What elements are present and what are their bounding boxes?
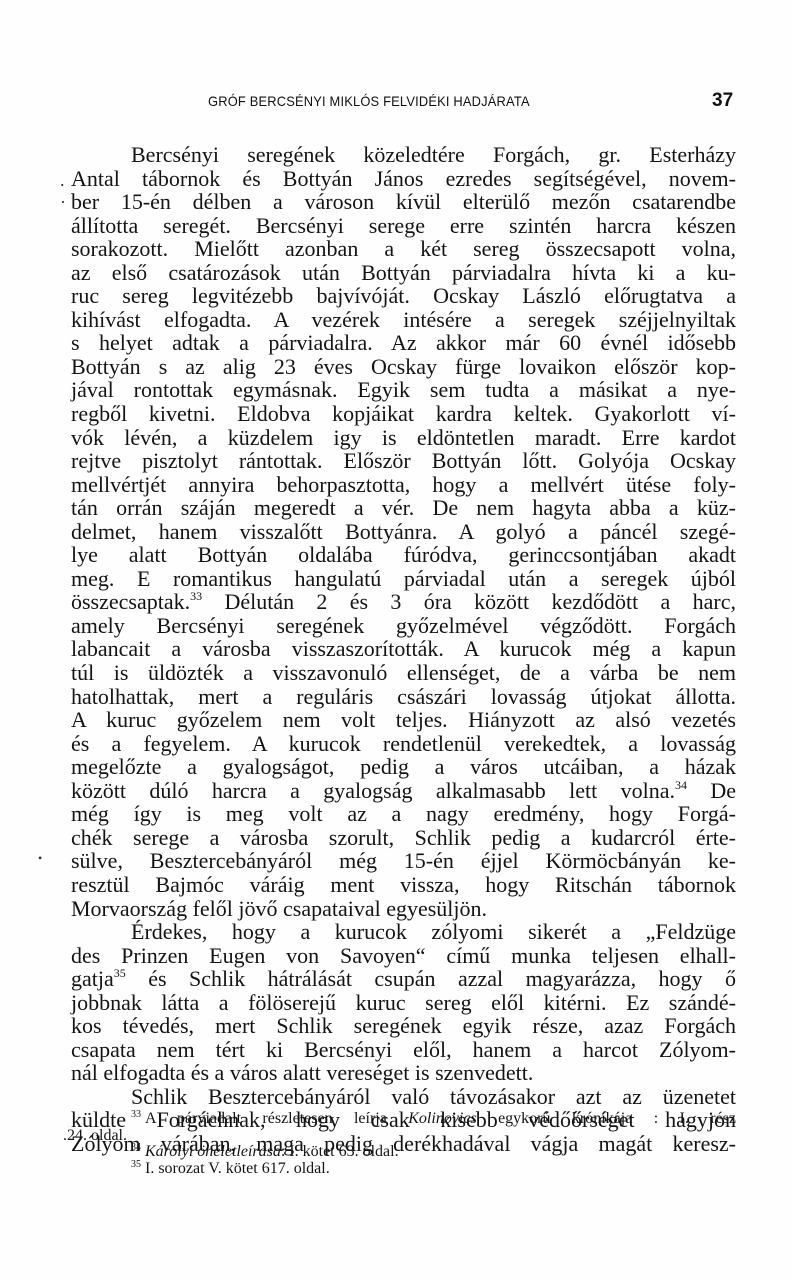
text-line: des Prinzen Eugen von Savoyen“ című munk… bbox=[71, 944, 736, 968]
text-line: hatolhattak, mert a reguláris császári l… bbox=[71, 685, 736, 709]
text-line: A kuruc győzelem nem volt teljes. Hiányz… bbox=[71, 708, 736, 732]
line-text: és Schlik hátrálását csupán azzal magyar… bbox=[126, 966, 736, 991]
footnote-ref-33[interactable]: 33 bbox=[190, 589, 202, 603]
book-page: GRÓF BERCSÉNYI MIKLÓS FELVIDÉKI HADJÁRAT… bbox=[0, 0, 791, 1281]
text-line: Antal tábornok és Bottyán János ezredes … bbox=[71, 167, 736, 191]
text-line: rejtve pisztolyt rántottak. Először Bott… bbox=[71, 449, 736, 473]
text-line: kihívást elfogadta. A vezérek intésére a… bbox=[71, 308, 736, 332]
text-line: meg. E romantikus hangulatú párviadal ut… bbox=[71, 567, 736, 591]
text-line: jobbnak látta a fölöserejű kuruc sereg e… bbox=[71, 991, 736, 1015]
text-line: nál elfogadta és a város alatt vereséget… bbox=[71, 1061, 736, 1085]
text-line: kos tévedés, mert Schlik seregének egyik… bbox=[71, 1014, 736, 1038]
text-line: chék serege a városba szorult, Schlik pe… bbox=[71, 826, 736, 850]
margin-dot-mark: • bbox=[38, 851, 42, 866]
text-line: s helyet adtak a párviadalra. Az akkor m… bbox=[71, 331, 736, 355]
running-title: GRÓF BERCSÉNYI MIKLÓS FELVIDÉKI HADJÁRAT… bbox=[208, 93, 530, 109]
text-line: megelőzte a gyalogságot, pedig a város u… bbox=[71, 755, 736, 779]
line-text: De bbox=[687, 778, 736, 803]
text-line: mellvértjét annyira behorpasztotta, hogy… bbox=[71, 473, 736, 497]
page-number: 37 bbox=[712, 90, 733, 112]
margin-dot-mark: . bbox=[60, 170, 65, 191]
text-line: Bercsényi seregének közeledtére Forgách,… bbox=[71, 143, 736, 167]
footnote-number: 33 bbox=[131, 1109, 141, 1120]
line-text: Délután 2 és 3 óra között kezdődött a ha… bbox=[202, 589, 736, 614]
footnote-34: 34Károlyi önéletleírása: I. kötet 63. ol… bbox=[71, 1144, 736, 1161]
text-line: és a fegyelem. A kurucok rendetlenül ver… bbox=[71, 732, 736, 756]
line-text: között dúló harcra a gyalogság alkalmasa… bbox=[71, 778, 675, 803]
footnote-text: egykorú krónikája : I. rész bbox=[477, 1110, 736, 1127]
text-line: Érdekes, hogy a kurucok zólyomi sikerét … bbox=[71, 920, 736, 944]
text-line: delmet, hanem visszalőtt Bottyánra. A go… bbox=[71, 520, 736, 544]
text-line: gatja35 és Schlik hátrálását csupán azza… bbox=[71, 967, 736, 991]
text-line: az első csatározások után Bottyán párvia… bbox=[71, 261, 736, 285]
text-line: sülve, Besztercebányáról még 15-én éjjel… bbox=[71, 849, 736, 873]
text-line: összecsaptak.33 Délután 2 és 3 óra közöt… bbox=[71, 590, 736, 614]
text-line: vók lévén, a küzdelem igy is eldöntetlen… bbox=[71, 426, 736, 450]
text-line: között dúló harcra a gyalogság alkalmasa… bbox=[71, 779, 736, 803]
text-line: amely Bercsényi seregének győzelmével vé… bbox=[71, 614, 736, 638]
text-line: resztül Bajmóc váráig ment vissza, hogy … bbox=[71, 873, 736, 897]
text-line: ber 15-én délben a városon kívül elterül… bbox=[71, 190, 736, 214]
footnote-text: A párviadalt részletesen leírja bbox=[145, 1110, 408, 1127]
text-line: Bottyán s az alig 23 éves Ocskay fürge l… bbox=[71, 355, 736, 379]
footnote-33: 33A párviadalt részletesen leírja Kolino… bbox=[71, 1111, 736, 1128]
text-line: állította seregét. Bercsényi serege erre… bbox=[71, 214, 736, 238]
text-line: csapata nem tért ki Bercsényi elől, hane… bbox=[71, 1038, 736, 1062]
footnote-number: 34 bbox=[131, 1142, 141, 1153]
text-line: Morvaország felől jövő csapataival egyes… bbox=[71, 897, 736, 921]
text-line: Schlik Besztercebányáról való távozásako… bbox=[71, 1085, 736, 1109]
footnote-35: 35I. sorozat V. kötet 617. oldal. bbox=[71, 1161, 736, 1178]
body-text: Bercsényi seregének közeledtére Forgách,… bbox=[71, 143, 736, 1156]
footnote-italic-title: Kolinovics bbox=[408, 1110, 476, 1127]
footnote-ref-34[interactable]: 34 bbox=[675, 778, 687, 792]
margin-dot-mark: · bbox=[60, 192, 66, 213]
text-line: sorakozott. Mielőtt azonban a két sereg … bbox=[71, 237, 736, 261]
footnote-italic-title: Károlyi önéletleírása bbox=[145, 1143, 281, 1160]
text-line: ruc sereg legvitézebb bajvívóját. Ocskay… bbox=[71, 284, 736, 308]
text-line: jával rontottak egymásnak. Egyik sem tud… bbox=[71, 378, 736, 402]
text-line: még így is meg volt az a nagy eredmény, … bbox=[71, 802, 736, 826]
text-line: tán orrán száján megeredt a vér. De nem … bbox=[71, 496, 736, 520]
text-line: túl is üldözték a visszavonuló ellensége… bbox=[71, 661, 736, 685]
text-line: regből kivetni. Eldobva kopjáikat kardra… bbox=[71, 402, 736, 426]
text-line: labancait a városba visszaszorították. A… bbox=[71, 637, 736, 661]
footnote-number: 35 bbox=[131, 1159, 141, 1170]
footnote-33-continuation: .24. oldal. bbox=[63, 1128, 736, 1145]
text-line: lye alatt Bottyán oldalába fúródva, geri… bbox=[71, 543, 736, 567]
line-text: összecsaptak. bbox=[71, 589, 190, 614]
footnotes: 33A párviadalt részletesen leírja Kolino… bbox=[71, 1111, 736, 1177]
footnote-text: I. sorozat V. kötet 617. oldal. bbox=[145, 1160, 330, 1177]
line-text: gatja bbox=[71, 966, 114, 991]
footnote-ref-35[interactable]: 35 bbox=[114, 966, 126, 980]
footnote-text: : I. kötet 63. oldal. bbox=[281, 1143, 399, 1160]
